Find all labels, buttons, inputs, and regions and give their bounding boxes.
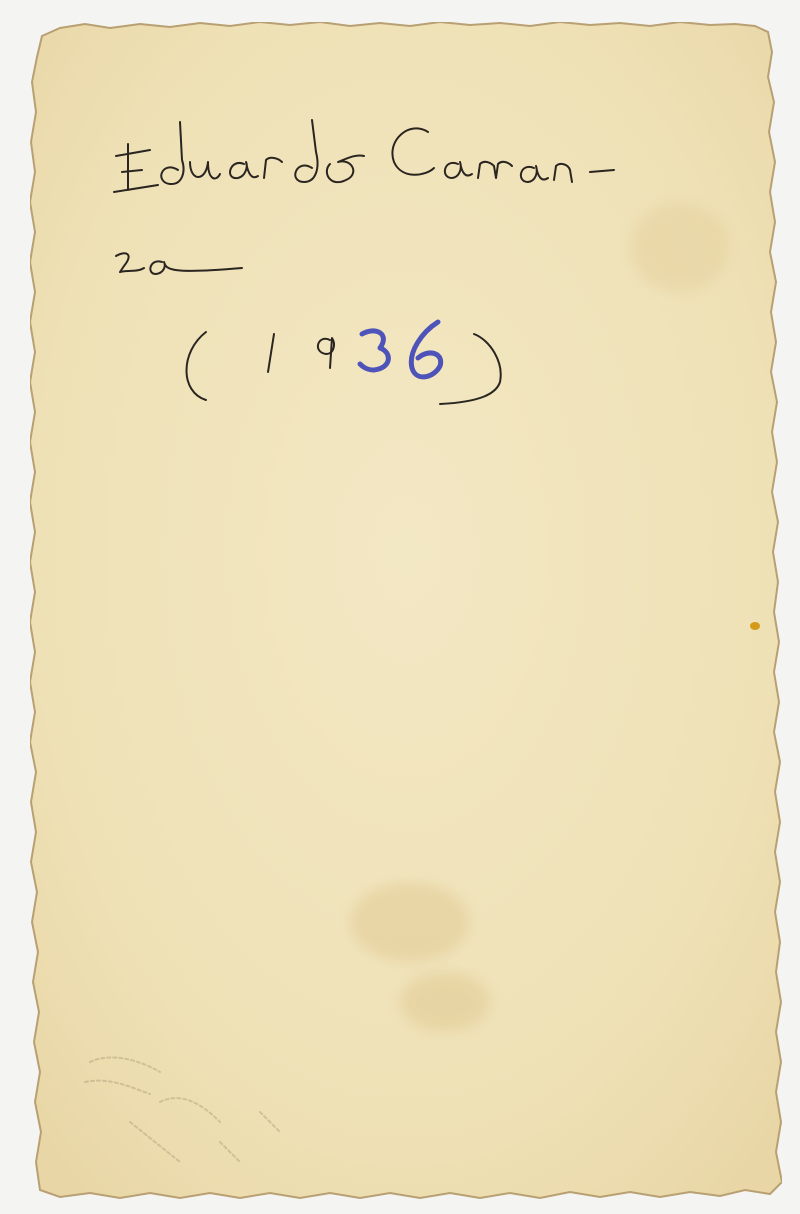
- embossed-studio-stamp: [70, 1032, 290, 1172]
- paper-stain: [350, 882, 470, 962]
- ink-spot: [750, 622, 760, 630]
- handwritten-note: [30, 22, 782, 422]
- paper-stain: [400, 972, 490, 1032]
- photo-card-back: Eduardo Carran- za (1936): [30, 22, 782, 1200]
